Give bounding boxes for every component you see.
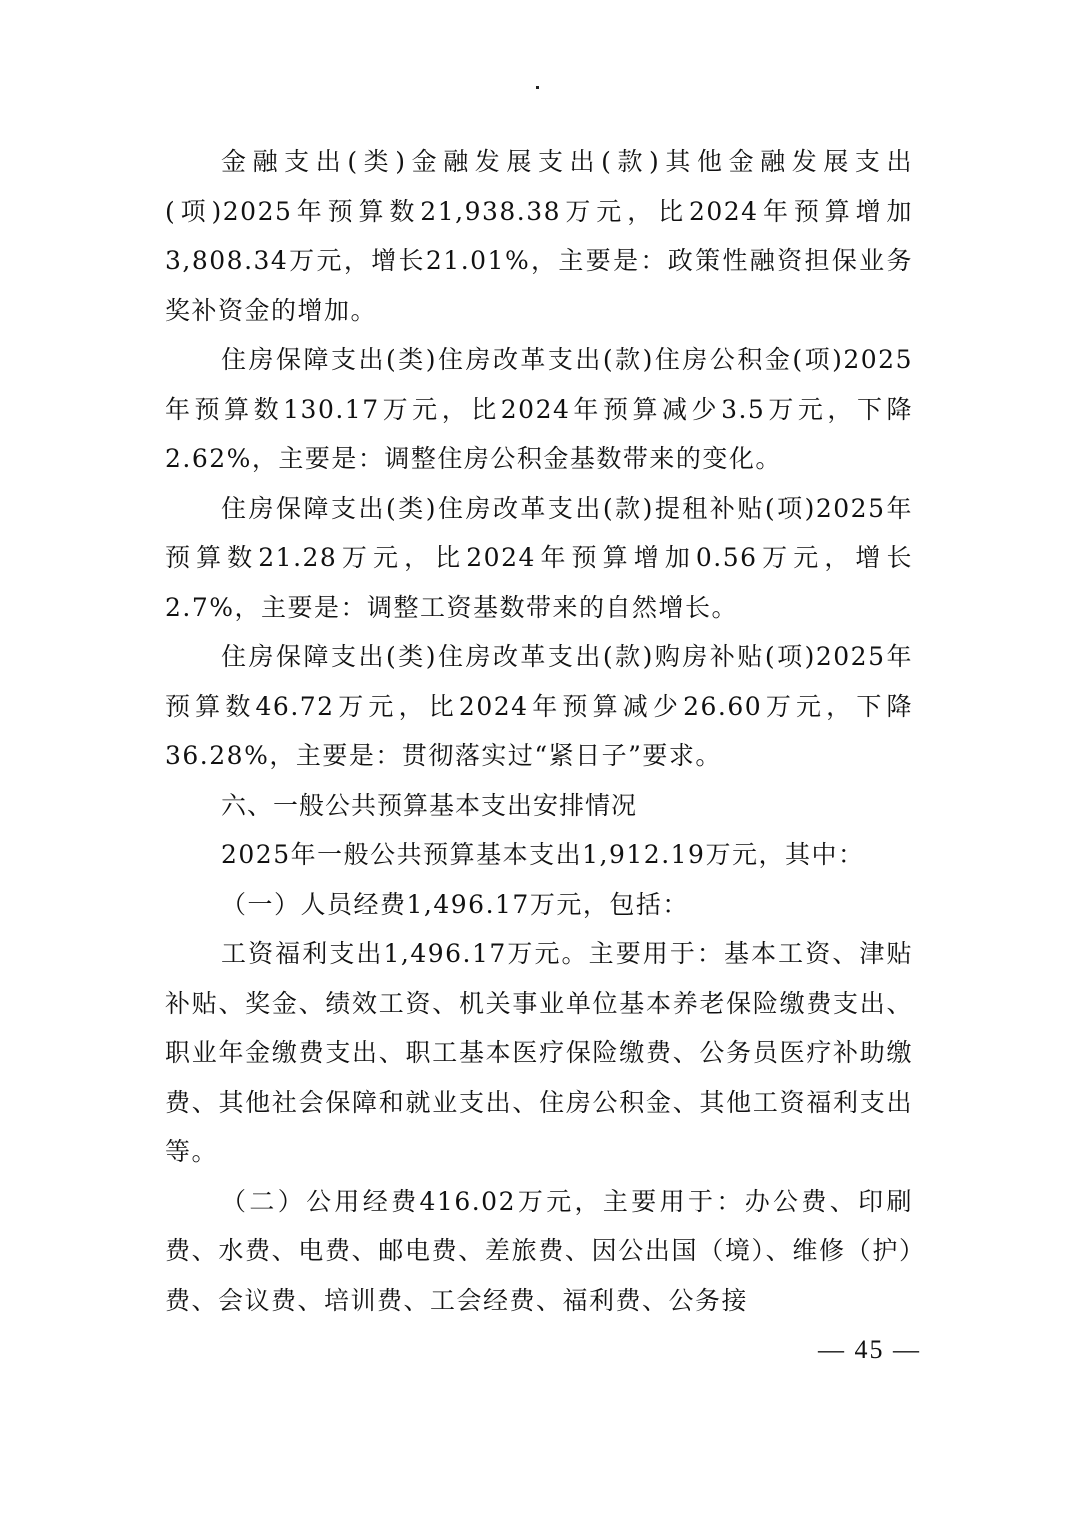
top-mark: [536, 86, 539, 89]
paragraph-housing-purchase-subsidy: 住房保障支出(类)住房改革支出(款)购房补贴(项)2025年预算数46.72万元…: [165, 632, 913, 781]
document-page: 金融支出(类)金融发展支出(款)其他金融发展支出(项)2025年预算数21,93…: [0, 0, 1074, 1520]
section-heading-basic-expenditure: 六、一般公共预算基本支出安排情况: [165, 781, 913, 831]
document-body: 金融支出(类)金融发展支出(款)其他金融发展支出(项)2025年预算数21,93…: [165, 137, 913, 1325]
paragraph-personnel-costs: （一）人员经费1,496.17万元，包括：: [165, 880, 913, 930]
paragraph-finance-development: 金融支出(类)金融发展支出(款)其他金融发展支出(项)2025年预算数21,93…: [165, 137, 913, 335]
paragraph-basic-expenditure-total: 2025年一般公共预算基本支出1,912.19万元，其中：: [165, 830, 913, 880]
paragraph-public-costs: （二）公用经费416.02万元，主要用于：办公费、印刷费、水费、电费、邮电费、差…: [165, 1177, 913, 1326]
paragraph-rent-subsidy: 住房保障支出(类)住房改革支出(款)提租补贴(项)2025年预算数21.28万元…: [165, 484, 913, 633]
paragraph-housing-provident-fund: 住房保障支出(类)住房改革支出(款)住房公积金(项)2025年预算数130.17…: [165, 335, 913, 484]
page-number: — 45 —: [818, 1335, 921, 1365]
paragraph-salary-welfare: 工资福利支出1,496.17万元。主要用于：基本工资、津贴补贴、奖金、绩效工资、…: [165, 929, 913, 1177]
